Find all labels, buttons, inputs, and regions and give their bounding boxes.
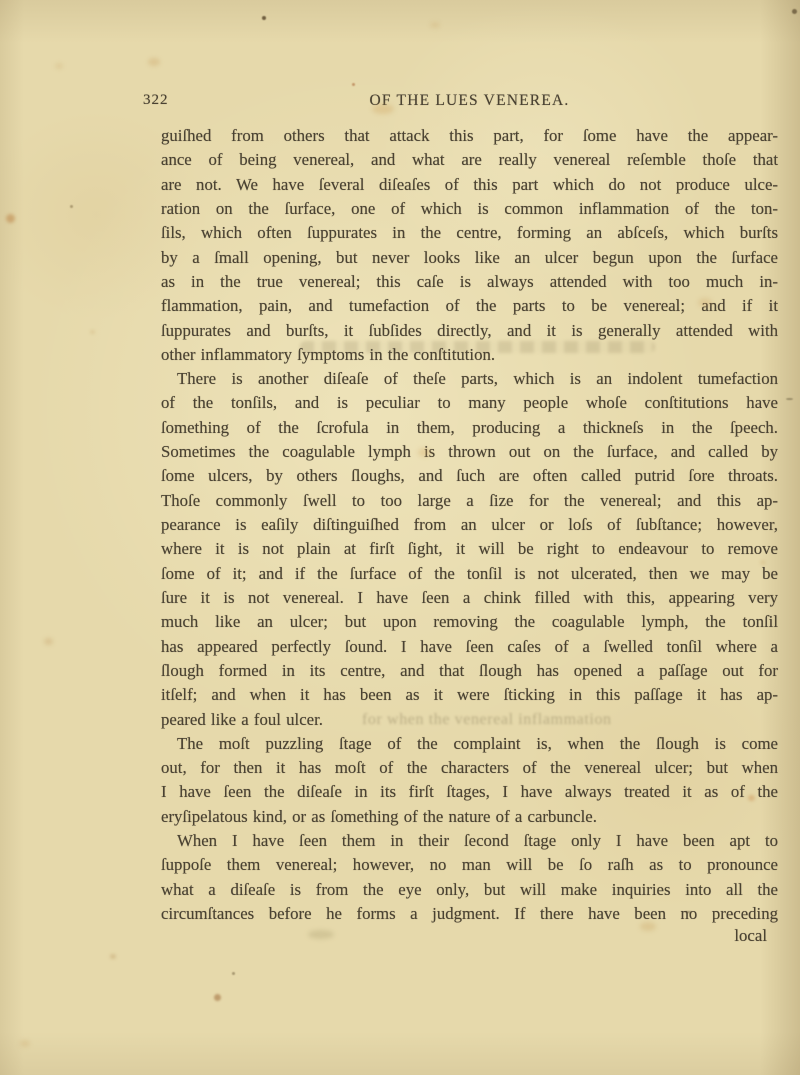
text-line: out, for then it has moſt of the charact… <box>161 756 778 780</box>
foxing-spot <box>262 16 266 20</box>
running-title: OF THE LUES VENEREA. <box>161 92 778 110</box>
text-line: Thoſe commonly ſwell to too large a ſize… <box>161 489 778 513</box>
text-line: Sometimes the coagulable lymph is thrown… <box>161 440 778 464</box>
text-line: where it is not plain at firſt ſight, it… <box>161 537 778 561</box>
text-line: much like an ulcer; but upon removing th… <box>161 610 778 634</box>
text-line: what a diſeaſe is from the eye only, but… <box>161 878 778 902</box>
text-line: ſlough formed in its centre, and that ſl… <box>161 659 778 683</box>
foxing-spot <box>110 954 116 959</box>
catchword: local <box>161 926 767 946</box>
text-line: flammation, pain, and tumefaction of the… <box>161 294 778 318</box>
foxing-spot <box>640 922 656 931</box>
text-line: circumſtances before he forms a judgment… <box>161 902 778 926</box>
foxing-spot <box>308 930 334 939</box>
foxing-spot <box>792 9 797 14</box>
book-page: 322 OF THE LUES VENEREA. for when the ve… <box>0 0 800 1075</box>
text-line: as in the true venereal; this caſe is al… <box>161 270 778 294</box>
foxing-spot <box>44 638 53 645</box>
text-line: other inflammatory ſymptoms in the conſt… <box>161 343 778 367</box>
text-line: I have ſeen the diſeaſe in its firſt ſta… <box>161 780 778 804</box>
foxing-spot <box>20 1040 30 1047</box>
foxing-spot <box>760 560 766 565</box>
foxing-spot <box>418 448 431 457</box>
foxing-spot <box>685 911 692 913</box>
text-line: itſelf; and when it has been as it were … <box>161 683 778 707</box>
text-line: ſure it is not venereal. I have ſeen a c… <box>161 586 778 610</box>
foxing-spot <box>786 398 793 400</box>
text-line: are not. We have ſeveral diſeaſes of thi… <box>161 173 778 197</box>
text-line: There is another diſeaſe of theſe parts,… <box>161 367 778 391</box>
foxing-spot <box>70 205 73 208</box>
foxing-spot <box>214 994 221 1001</box>
body-text: guiſhed from others that attack this par… <box>161 124 778 926</box>
foxing-spot <box>430 22 440 28</box>
foxing-spot <box>698 298 712 307</box>
text-line: peared like a foul ulcer. <box>161 708 778 732</box>
foxing-spot <box>232 972 235 975</box>
text-line: ance of being venereal, and what are rea… <box>161 148 778 172</box>
foxing-spot <box>55 63 63 69</box>
foxing-spot <box>90 330 95 334</box>
text-line: ſils, which often ſuppurates in the cent… <box>161 221 778 245</box>
text-line: of the tonſils, and is peculiar to many … <box>161 391 778 415</box>
text-line: ſuppurates and burſts, it ſubſides direc… <box>161 319 778 343</box>
text-line: has appeared perfectly ſound. I have ſee… <box>161 635 778 659</box>
text-line: ſome of it; and if the ſurface of the to… <box>161 562 778 586</box>
foxing-spot <box>352 83 355 86</box>
foxing-spot <box>748 795 755 801</box>
text-line: by a ſmall opening, but never looks like… <box>161 246 778 270</box>
text-line: ſomething of the ſcrofula in them, produ… <box>161 416 778 440</box>
text-line: pearance is eaſily diſtinguiſhed from an… <box>161 513 778 537</box>
text-line: The moſt puzzling ſtage of the complaint… <box>161 732 778 756</box>
text-line: ration on the ſurface, one of which is c… <box>161 197 778 221</box>
text-line: ſome ulcers, by others ſloughs, and ſuch… <box>161 464 778 488</box>
text-line: eryſipelatous kind, or as ſomething of t… <box>161 805 778 829</box>
foxing-spot <box>148 58 160 66</box>
foxing-spot <box>372 104 394 114</box>
text-line: ſuppoſe them venereal; however, no man w… <box>161 853 778 877</box>
text-line: When I have ſeen them in their ſecond ſt… <box>161 829 778 853</box>
foxing-spot <box>6 214 15 223</box>
text-line: guiſhed from others that attack this par… <box>161 124 778 148</box>
